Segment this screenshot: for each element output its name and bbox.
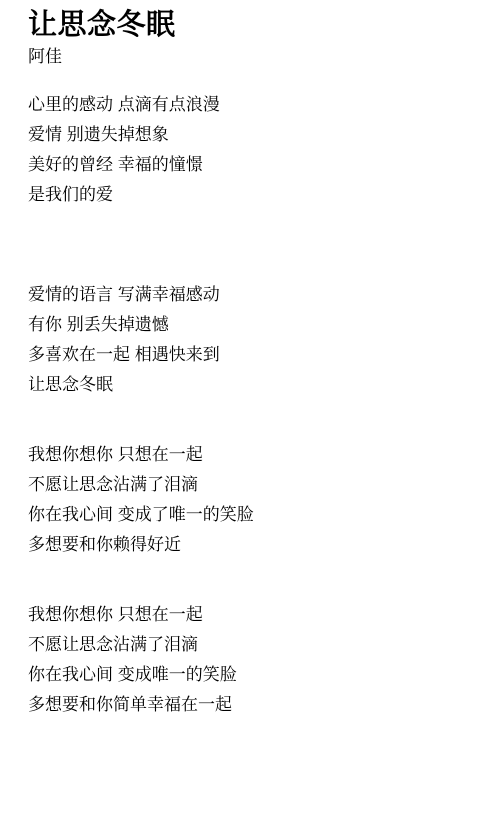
lyric-line: 你在我心间 变成了唯一的笑脸 xyxy=(28,500,476,530)
artist-name: 阿佳 xyxy=(28,46,476,68)
lyric-line: 你在我心间 变成唯一的笑脸 xyxy=(28,660,476,690)
page-title: 让思念冬眠 xyxy=(28,6,476,44)
lyric-line: 不愿让思念沾满了泪滴 xyxy=(28,470,476,500)
lyric-line: 不愿让思念沾满了泪滴 xyxy=(28,630,476,660)
lyric-line: 美好的曾经 幸福的憧憬 xyxy=(28,150,476,180)
lyric-line: 爱情 别遗失掉想象 xyxy=(28,120,476,150)
lyric-line: 我想你想你 只想在一起 xyxy=(28,600,476,630)
stanza: 爱情的语言 写满幸福感动有你 别丢失掉遗憾多喜欢在一起 相遇快来到让思念冬眠 xyxy=(28,280,476,400)
lyric-line: 爱情的语言 写满幸福感动 xyxy=(28,280,476,310)
lyric-line: 多喜欢在一起 相遇快来到 xyxy=(28,340,476,370)
lyric-line: 多想要和你赖得好近 xyxy=(28,530,476,560)
stanza: 心里的感动 点滴有点浪漫爱情 别遗失掉想象美好的曾经 幸福的憧憬是我们的爱 xyxy=(28,90,476,210)
lyric-line: 有你 别丢失掉遗憾 xyxy=(28,310,476,340)
lyrics-body: 心里的感动 点滴有点浪漫爱情 别遗失掉想象美好的曾经 幸福的憧憬是我们的爱爱情的… xyxy=(28,90,476,720)
lyric-line: 我想你想你 只想在一起 xyxy=(28,440,476,470)
lyrics-page: 让思念冬眠 阿佳 心里的感动 点滴有点浪漫爱情 别遗失掉想象美好的曾经 幸福的憧… xyxy=(0,0,500,820)
stanza: 我想你想你 只想在一起不愿让思念沾满了泪滴你在我心间 变成唯一的笑脸多想要和你简… xyxy=(28,600,476,720)
stanza: 我想你想你 只想在一起不愿让思念沾满了泪滴你在我心间 变成了唯一的笑脸多想要和你… xyxy=(28,440,476,560)
lyric-line: 让思念冬眠 xyxy=(28,370,476,400)
lyric-line: 是我们的爱 xyxy=(28,180,476,210)
lyric-line: 心里的感动 点滴有点浪漫 xyxy=(28,90,476,120)
lyric-line: 多想要和你简单幸福在一起 xyxy=(28,690,476,720)
